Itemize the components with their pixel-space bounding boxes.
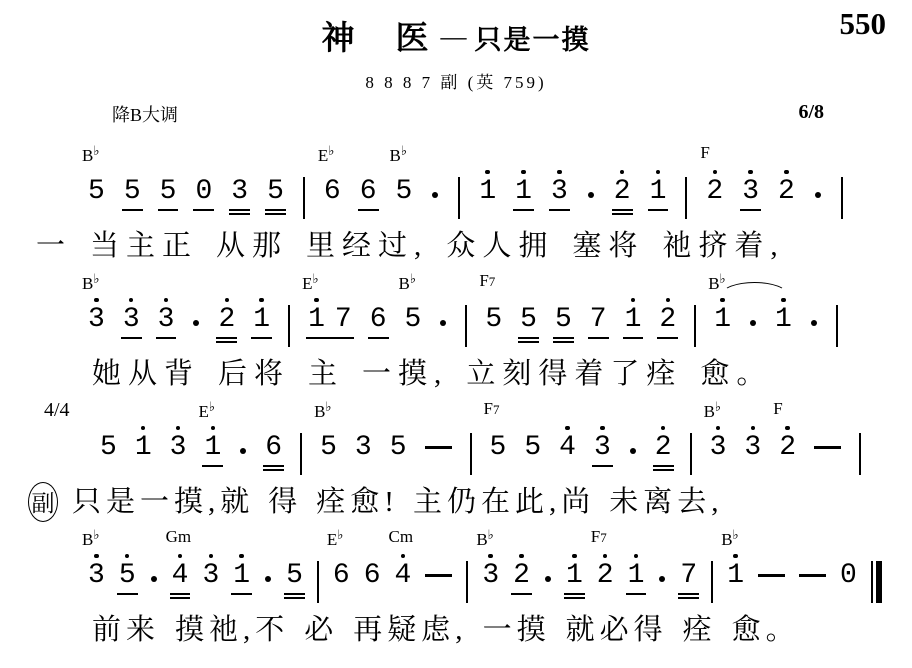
flat-sign: ♭ <box>337 527 343 542</box>
lyric-segment: 从那 <box>216 223 288 264</box>
underline <box>284 593 305 595</box>
barline-mark <box>470 433 472 475</box>
duration-dot <box>431 167 439 198</box>
chord-label: F <box>773 399 782 419</box>
lyric-segment: 愈。 <box>732 607 800 648</box>
note-digit: 6 <box>324 177 341 207</box>
underline-zone <box>133 463 154 475</box>
underline-zone <box>358 207 379 219</box>
chorus-time-signature: 4/4 <box>44 423 82 475</box>
note-digit: 3 <box>551 177 568 207</box>
note: 7 <box>590 295 607 347</box>
underline-zone <box>742 463 763 475</box>
underline <box>678 593 699 595</box>
octave-dot-mark <box>748 170 753 175</box>
note: B♭3 <box>482 551 499 603</box>
lyric-segment: 一摸 <box>483 607 551 648</box>
underline-zone <box>158 207 179 219</box>
underline-zone <box>388 463 409 475</box>
lyric-segment: 后将 <box>218 351 290 392</box>
octave-dot-mark <box>314 298 319 303</box>
underline-zone <box>265 207 286 219</box>
lyric-segment: 里经过, <box>306 223 428 264</box>
octave-dot-mark <box>209 554 214 559</box>
barline <box>288 295 290 347</box>
note: F2 <box>779 423 796 475</box>
note-digit: 2 <box>655 433 672 463</box>
note-digit: 3 <box>355 433 372 463</box>
barline <box>300 423 302 475</box>
underline <box>564 593 585 595</box>
underline-zone <box>838 591 859 603</box>
underline <box>588 337 609 339</box>
underline-zone <box>522 463 543 475</box>
underline-zone <box>86 207 107 219</box>
barline-mark <box>690 433 692 475</box>
duration-dot-mark <box>630 448 636 454</box>
note-digit: 2 <box>659 305 676 335</box>
duration-dot <box>239 423 247 454</box>
underline <box>368 337 389 339</box>
chorus-mark: 副 <box>28 482 58 522</box>
chord-label: B♭ <box>721 527 738 550</box>
lyric-segment: 一摸, <box>362 351 448 392</box>
barline <box>836 295 838 347</box>
octave-dot-mark <box>259 298 264 303</box>
barline-mark <box>711 561 713 603</box>
octave-dot-mark <box>661 426 666 431</box>
chord-label: E♭ <box>327 527 344 550</box>
note: 5 <box>390 423 407 475</box>
note: 5 <box>520 295 537 347</box>
duration-dot <box>629 423 637 454</box>
barline-mark <box>694 305 696 347</box>
note: Cm4 <box>395 551 412 603</box>
barline <box>690 423 692 475</box>
note: Gm4 <box>172 551 189 603</box>
time-signature: 6/8 <box>798 101 824 127</box>
key-time-row: 降B大调 6/8 <box>112 101 824 127</box>
underline <box>265 209 286 211</box>
note-digit: 1 <box>479 177 496 207</box>
lyric-segment: 未离去, <box>609 479 723 520</box>
underline-zone <box>549 207 570 219</box>
octave-dot-mark <box>239 554 244 559</box>
octave-dot-mark <box>572 554 577 559</box>
lyric-segment: 当主正 <box>90 223 198 264</box>
note: E♭1 <box>204 423 221 475</box>
duration-dot-mark <box>659 576 665 582</box>
underline <box>653 469 674 471</box>
barline <box>685 167 687 219</box>
note: 1 <box>625 295 642 347</box>
barline-mark <box>300 433 302 475</box>
octave-dot-mark <box>141 426 146 431</box>
lyric-segment: 众人拥 <box>446 223 554 264</box>
note: 7 <box>680 551 697 603</box>
octave-dot-mark <box>720 298 725 303</box>
note-digit: 7 <box>335 305 352 335</box>
underline-zone <box>648 207 669 219</box>
underline-zone <box>98 463 119 475</box>
barline <box>711 551 713 603</box>
note: F2 <box>706 167 723 219</box>
lyric-segment: 一 <box>36 223 72 264</box>
flat-sign: ♭ <box>401 143 407 158</box>
underline-zone <box>394 207 415 219</box>
note: 2 <box>614 167 631 219</box>
note: B♭3 <box>88 551 105 603</box>
note: 3 <box>123 295 140 347</box>
duration-dash-mark <box>758 574 785 577</box>
octave-dot-mark <box>784 170 789 175</box>
note-digit: 5 <box>490 433 507 463</box>
underline <box>306 337 354 339</box>
note: 2 <box>513 551 530 603</box>
notation-line: B♭35Gm4315E♭66Cm4B♭321F7217B♭10 <box>88 525 912 603</box>
duration-dot-mark <box>750 320 756 326</box>
underline-zone <box>284 591 305 603</box>
note-digit: 3 <box>594 433 611 463</box>
notation-line: B♭555035E♭66B♭511321F232 <box>88 141 912 219</box>
chord-label: F7 <box>591 527 607 547</box>
underline <box>263 469 284 471</box>
barline-mark <box>465 305 467 347</box>
barline <box>694 295 696 347</box>
underline-zone <box>306 335 354 347</box>
title-dash: — <box>441 22 467 51</box>
barline-mark <box>466 561 468 603</box>
note-digit: 3 <box>158 305 175 335</box>
underline-zone <box>393 591 414 603</box>
chord-suffix: 7 <box>600 530 607 545</box>
lyric-segment: 主 <box>308 351 344 392</box>
octave-dot-mark <box>521 170 526 175</box>
lyric-segment: 摸祂,不 <box>175 607 289 648</box>
octave-dot-mark <box>785 426 790 431</box>
barline <box>466 551 468 603</box>
underline <box>740 209 761 211</box>
octave-dot-mark <box>178 554 183 559</box>
underline-zone <box>121 335 142 347</box>
note-digit: 6 <box>360 177 377 207</box>
octave-dot-mark <box>401 554 406 559</box>
barline-mark <box>317 561 319 603</box>
chord-label: B♭ <box>704 399 721 422</box>
duration-dash-mark <box>425 446 452 449</box>
lyric-segment: 只是一摸,就 <box>72 479 254 520</box>
octave-dot-mark <box>631 298 636 303</box>
barline <box>470 423 472 475</box>
note-digit: 3 <box>482 561 499 591</box>
underline-zone <box>777 463 798 475</box>
note-digit: 0 <box>840 561 857 591</box>
note: 1 <box>135 423 152 475</box>
flat-sign: ♭ <box>328 143 334 158</box>
note-digit: 1 <box>714 305 731 335</box>
underline-zone <box>231 591 252 603</box>
note: 3 <box>355 423 372 475</box>
note-digit: 5 <box>520 305 537 335</box>
octave-dot-mark <box>716 426 721 431</box>
note-digit: 4 <box>559 433 576 463</box>
chord-label: Gm <box>166 527 192 547</box>
octave-dot-mark <box>488 554 493 559</box>
chord-label: E♭ <box>198 399 215 422</box>
barline <box>465 295 467 347</box>
note-group: E♭17 <box>308 295 352 347</box>
lyric-segment: 祂挤着, <box>662 223 784 264</box>
note-digit: 4 <box>395 561 412 591</box>
note: 1 <box>233 551 250 603</box>
duration-dot <box>749 295 757 326</box>
note-digit: 1 <box>308 305 325 335</box>
note: 3 <box>744 423 761 475</box>
octave-dot-mark <box>620 170 625 175</box>
flat-sign: ♭ <box>93 271 99 286</box>
note: F72 <box>597 551 614 603</box>
note-digit: 3 <box>710 433 727 463</box>
chord-label: E♭ <box>318 143 335 166</box>
underline-zone <box>740 207 761 219</box>
note: 1 <box>628 551 645 603</box>
underline <box>122 209 143 211</box>
note-digit: 5 <box>524 433 541 463</box>
duration-dash <box>799 551 826 577</box>
octave-dot-mark <box>634 554 639 559</box>
note-digit: 2 <box>513 561 530 591</box>
lyric-segment: 她从背 <box>92 351 200 392</box>
underline-zone <box>588 335 609 347</box>
note-digit: 7 <box>590 305 607 335</box>
octave-dot-mark <box>129 298 134 303</box>
octave-dot-mark <box>666 298 671 303</box>
underline <box>265 213 286 215</box>
underline-zone <box>557 463 578 475</box>
note: 1 <box>479 167 496 219</box>
note-digit: 3 <box>88 305 105 335</box>
underline-zone <box>553 335 574 347</box>
chord-label: B♭ <box>314 399 331 422</box>
underline <box>156 337 177 339</box>
duration-dot-mark <box>151 576 157 582</box>
underline-zone <box>193 207 214 219</box>
note-digit: 2 <box>706 177 723 207</box>
duration-dot-mark <box>545 576 551 582</box>
note: 3 <box>594 423 611 475</box>
underline-zone <box>612 207 633 219</box>
underline-zone <box>202 463 223 475</box>
lyrics-line: 一当主正从那里经过,众人拥塞将祂挤着, <box>36 223 912 261</box>
underline-zone <box>678 591 699 603</box>
octave-dot-mark <box>600 426 605 431</box>
underline-zone <box>86 591 107 603</box>
underline-zone <box>362 591 383 603</box>
final-thick-line <box>876 561 882 603</box>
underline-zone <box>318 463 339 475</box>
chord-label: F7 <box>484 399 500 419</box>
barline <box>458 167 460 219</box>
octave-dot-mark <box>176 426 181 431</box>
underline <box>216 341 237 343</box>
note-digit: 6 <box>333 561 350 591</box>
note: 1 <box>515 167 532 219</box>
note: 2 <box>218 295 235 347</box>
underline-zone <box>353 463 374 475</box>
note-digit: 5 <box>267 177 284 207</box>
underline <box>229 209 250 211</box>
meter-line: 8 8 8 7 副 (英 759) <box>0 68 912 93</box>
note-digit: 3 <box>231 177 248 207</box>
note: 1 <box>253 295 270 347</box>
key-signature: 降B大调 <box>112 101 178 127</box>
hymn-sheet: 550 神 医—只是一摸 8 8 8 7 副 (英 759) 降B大调 6/8 … <box>0 0 912 668</box>
note-digit: 5 <box>100 433 117 463</box>
duration-dot-mark <box>815 192 821 198</box>
note: 3 <box>202 551 219 603</box>
underline <box>518 337 539 339</box>
octave-dot-mark <box>781 298 786 303</box>
page-title: 神 医—只是一摸 <box>0 0 912 59</box>
underline-zone <box>564 591 585 603</box>
note-digit: 1 <box>727 561 744 591</box>
underline-zone <box>216 335 237 347</box>
underline-zone <box>403 335 424 347</box>
note-digit: 2 <box>597 561 614 591</box>
note-digit: 4 <box>172 561 189 591</box>
lyric-segment: 必 <box>304 607 338 648</box>
note: 6 <box>364 551 381 603</box>
underline <box>511 593 532 595</box>
note: B♭3 <box>710 423 727 475</box>
chord-label: B♭ <box>82 271 99 294</box>
lyric-segment: 就必得 <box>566 607 668 648</box>
note: 3 <box>742 167 759 219</box>
underline <box>518 341 539 343</box>
chord-label: B♭ <box>82 527 99 550</box>
note: 3 <box>231 167 248 219</box>
barline-mark <box>841 177 843 219</box>
underline <box>251 337 272 339</box>
note-digit: 3 <box>170 433 187 463</box>
chord-label: F <box>700 143 709 163</box>
underline-zone <box>86 335 107 347</box>
note: 0 <box>840 551 857 603</box>
flat-sign: ♭ <box>209 399 215 414</box>
lyrics-line: 副只是一摸,就得痊愈!主仍在此,尚未离去, <box>28 479 912 517</box>
chord-label: E♭ <box>302 271 319 294</box>
note-digit: 1 <box>204 433 221 463</box>
hymn-number: 550 <box>840 6 887 42</box>
note: 5 <box>160 167 177 219</box>
notation-system: B♭35Gm4315E♭66Cm4B♭321F7217B♭10前来摸祂,不必再疑… <box>0 525 912 645</box>
underline-zone <box>122 207 143 219</box>
lyric-segment: 愈。 <box>700 351 772 392</box>
notation-system: B♭33321E♭176B♭5F7555712B♭11她从背后将主一摸,立刻得着… <box>0 269 912 389</box>
underline-zone <box>704 207 725 219</box>
underline <box>193 209 214 211</box>
octave-dot-mark <box>211 426 216 431</box>
flat-sign: ♭ <box>312 271 318 286</box>
flat-sign: ♭ <box>93 143 99 158</box>
barline <box>303 167 305 219</box>
barline <box>841 167 843 219</box>
note: 5 <box>100 423 117 475</box>
note-digit: 5 <box>124 177 141 207</box>
note-digit: 1 <box>628 561 645 591</box>
underline <box>612 209 633 211</box>
duration-dash <box>758 551 785 577</box>
note-digit: 5 <box>390 433 407 463</box>
duration-dot <box>264 551 272 582</box>
underline <box>623 337 644 339</box>
note-digit: 6 <box>370 305 387 335</box>
title-subtitle: 只是一摸 <box>475 25 591 55</box>
octave-dot-mark <box>125 554 130 559</box>
note: 4 <box>559 423 576 475</box>
underline-zone <box>623 335 644 347</box>
underline <box>612 213 633 215</box>
underline-zone <box>626 591 647 603</box>
underline <box>158 209 179 211</box>
underline <box>170 593 191 595</box>
chord-label: B♭ <box>390 143 407 166</box>
octave-dot-mark <box>94 554 99 559</box>
underline-zone <box>368 335 389 347</box>
note: 2 <box>655 423 672 475</box>
note-digit: 1 <box>775 305 792 335</box>
note: 6 <box>265 423 282 475</box>
duration-dot <box>150 551 158 582</box>
octave-dot-mark <box>164 298 169 303</box>
note: B♭5 <box>396 167 413 219</box>
underline <box>564 597 585 599</box>
notation-line: 4/4513E♭16B♭535F755432B♭33F2 <box>44 397 912 475</box>
octave-dot-mark <box>557 170 562 175</box>
note-digit: 1 <box>233 561 250 591</box>
note-digit: 3 <box>744 433 761 463</box>
duration-dot-mark <box>811 320 817 326</box>
underline <box>284 597 305 599</box>
flat-sign: ♭ <box>720 271 726 286</box>
chord-suffix: 7 <box>493 402 500 417</box>
underline-zone <box>488 463 509 475</box>
underline-zone <box>251 335 272 347</box>
underline-zone <box>200 591 221 603</box>
note: 5 <box>286 551 303 603</box>
underline-zone <box>518 335 539 347</box>
note-digit: 5 <box>485 305 502 335</box>
underline <box>592 465 613 467</box>
barline <box>317 551 319 603</box>
underline-zone <box>657 335 678 347</box>
duration-dot <box>439 295 447 326</box>
underline-zone <box>331 591 352 603</box>
note: E♭6 <box>324 167 341 219</box>
flat-sign: ♭ <box>325 399 331 414</box>
duration-dot <box>658 551 666 582</box>
underline <box>216 337 237 339</box>
note-digit: 6 <box>265 433 282 463</box>
note: B♭5 <box>405 295 422 347</box>
underline <box>549 209 570 211</box>
note: 1 <box>308 295 325 335</box>
underline-zone <box>773 335 794 347</box>
duration-dash-mark <box>814 446 841 449</box>
note: B♭1 <box>727 551 744 603</box>
note: 7 <box>335 295 352 335</box>
underline <box>202 465 223 467</box>
